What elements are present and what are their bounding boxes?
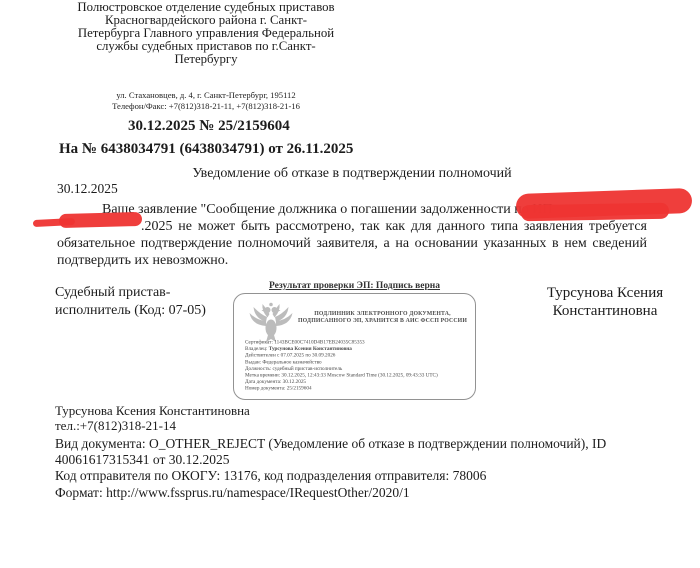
executor-contact-block: Турсунова Ксения Константиновна тел.:+7(… (55, 404, 250, 433)
org-line: Петербурга Главного управления Федеральн… (10, 27, 402, 40)
address-line: ул. Стахановцев, д. 4, г. Санкт-Петербур… (10, 90, 402, 101)
stamp-issuer-line: Выдан: Федеральное казначейство (245, 359, 467, 366)
owner-label: Владелец: (245, 346, 267, 352)
document-title: Уведомление об отказе в подтверждении по… (57, 166, 647, 182)
redacted-text-gap (57, 229, 141, 230)
format-line: Формат: http://www.fssprus.ru/namespace/… (55, 485, 655, 501)
executor-phone: тел.:+7(812)318-21-14 (55, 419, 250, 434)
cert-value: 1143BCE00C7410D4B17EB24035C85353 (274, 340, 364, 346)
official-position-block: Судебный пристав- исполнитель (Код: 07-0… (55, 284, 245, 320)
scanned-document-page: Полюстровское отделение судебных пристав… (0, 0, 700, 568)
body-text: Ваше заявление "Сообщение должника о пог… (102, 202, 552, 217)
doc-type-line: Вид документа: O_OTHER_REJECT (Уведомлен… (55, 436, 655, 468)
executor-name: Турсунова Ксения Константиновна (55, 404, 250, 419)
redaction-marker-scribble (59, 212, 142, 228)
letterhead-address-block: ул. Стахановцев, д. 4, г. Санкт-Петербур… (10, 90, 402, 111)
signature-verification-result: Результат проверки ЭП: Подпись верна (233, 281, 476, 291)
position-line: Судебный пристав- (55, 284, 245, 302)
body-text: .2025 не может быть рассмотрено, так как… (141, 219, 647, 234)
org-line: Петербургу (10, 53, 402, 66)
electronic-signature-stamp: ПОДЛИННИК ЭЛЕКТРОННОГО ДОКУМЕНТА, ПОДПИС… (233, 293, 476, 400)
stamp-heading: ПОДЛИННИК ЭЛЕКТРОННОГО ДОКУМЕНТА, ПОДПИС… (296, 310, 469, 324)
phone-fax-line: Телефон/Факс: +7(812)318-21-11, +7(812)3… (10, 101, 402, 112)
stamp-timestamp-line: Метка времени: 30.12.2025, 12:43:33 Mosc… (245, 372, 467, 379)
body-line-3: обязательное подтверждение полномочий за… (57, 235, 647, 252)
redaction-marker-large-lower (521, 203, 669, 222)
stamp-owner-line: Владелец: Турсунова Ксения Константиновн… (245, 346, 467, 353)
document-date: 30.12.2025 (57, 181, 118, 197)
org-line: Красногвардейского района г. Санкт- (10, 14, 402, 27)
org-line: Полюстровское отделение судебных пристав… (10, 1, 402, 14)
position-line: исполнитель (Код: 07-05) (55, 302, 245, 320)
stamp-certificate-details: Сертификат: 1143BCE00C7410D4B17EB24035C8… (245, 339, 467, 392)
stamp-doc-number-line: Номер документа: 25/2159604 (245, 385, 467, 392)
document-metadata-block: Вид документа: O_OTHER_REJECT (Уведомлен… (55, 436, 655, 501)
cert-label: Сертификат: (245, 340, 273, 346)
signer-name-line: Турсунова Ксения (515, 284, 695, 302)
stamp-heading-line: ПОДЛИННИК ЭЛЕКТРОННОГО ДОКУМЕНТА, (296, 310, 469, 317)
body-line-4: подтвердить их невозможно. (57, 252, 647, 269)
sender-code-line: Код отправителя по ОКОГУ: 13176, код под… (55, 468, 655, 484)
signer-name-line: Константиновна (515, 302, 695, 320)
reference-number-line: На № 6438034791 (6438034791) от 26.11.20… (59, 141, 353, 158)
stamp-heading-line: ПОДПИСАННОГО ЭП, ХРАНИТСЯ В АИС ФССП РОС… (296, 317, 469, 324)
outgoing-number-line: 30.12.2025 № 25/2159604 (128, 118, 290, 135)
signer-name-block: Турсунова Ксения Константиновна (515, 284, 695, 320)
org-line: службы судебных приставов по г.Санкт- (10, 40, 402, 53)
letterhead-org-block: Полюстровское отделение судебных пристав… (10, 1, 402, 66)
owner-name: Турсунова Ксения Константиновна (269, 346, 352, 352)
